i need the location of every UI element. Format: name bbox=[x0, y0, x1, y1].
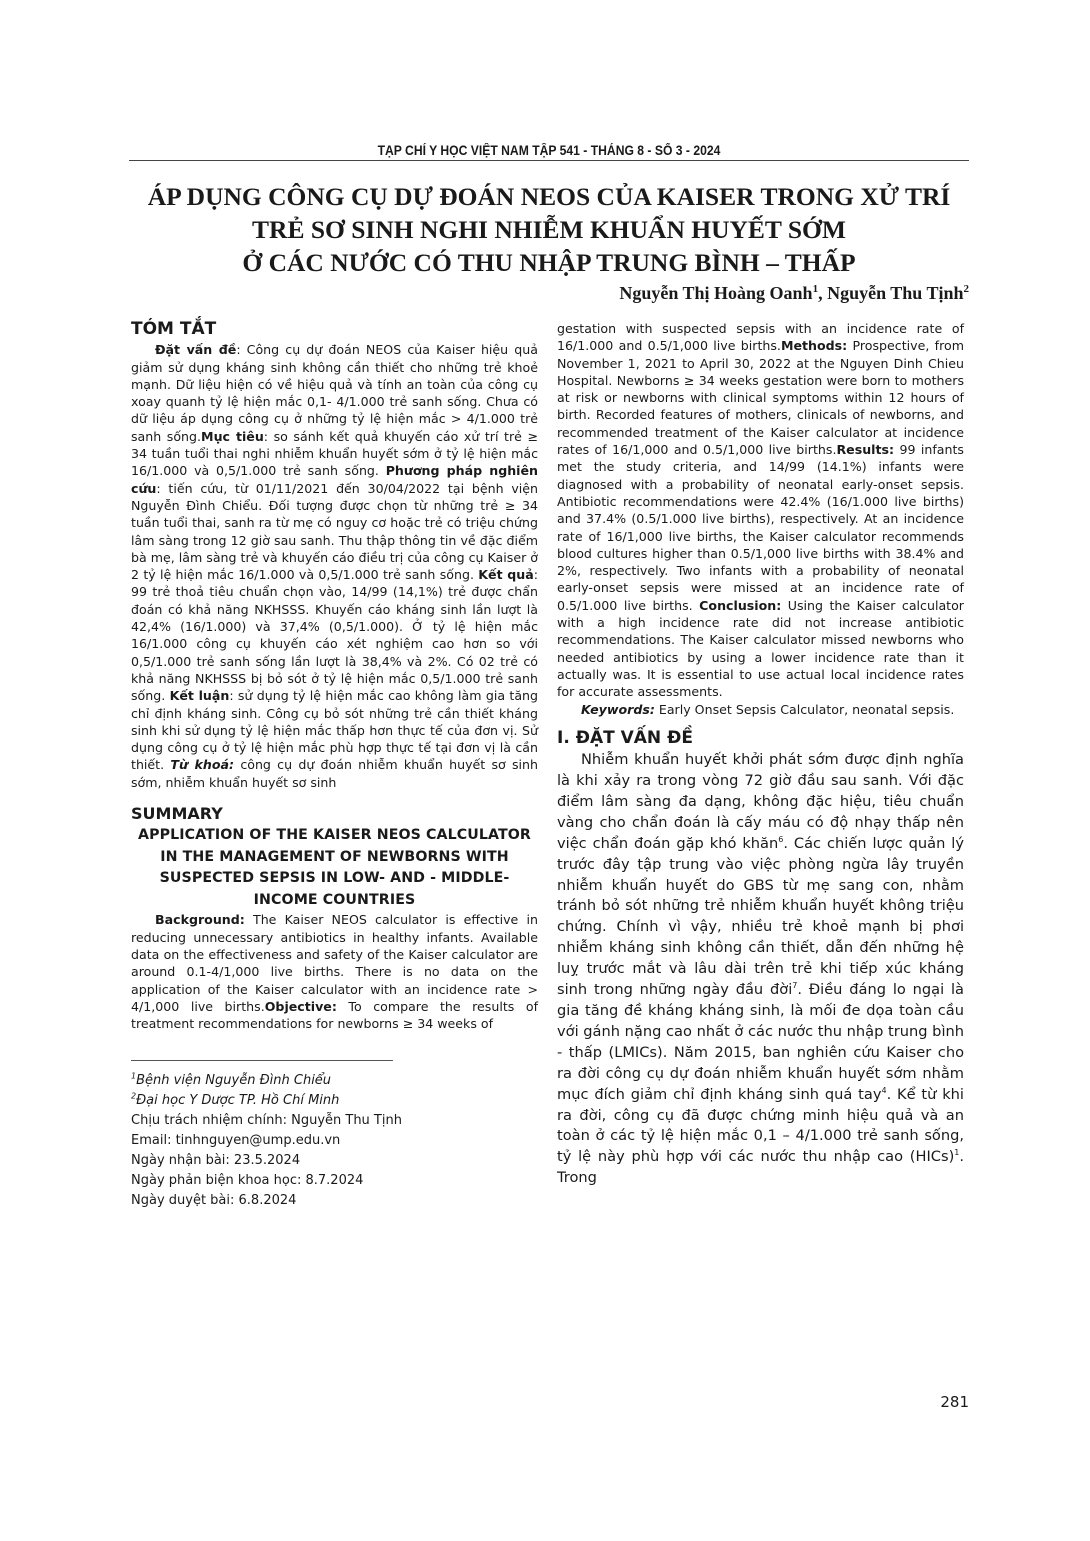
author-affiliation-mark: 2 bbox=[964, 283, 970, 295]
header-rule bbox=[129, 160, 969, 161]
affiliation-text: Bệnh viện Nguyễn Đình Chiểu bbox=[136, 1073, 331, 1088]
author-separator: , bbox=[818, 283, 827, 303]
running-head: TẠP CHÍ Y HỌC VIỆT NAM TẬP 541 - THÁNG 8… bbox=[171, 143, 927, 158]
text-methods-vi: : tiến cứu, từ 01/11/2021 đến 30/04/2022… bbox=[131, 481, 538, 582]
abstract-en-body-part1: Background: The Kaiser NEOS calculator i… bbox=[131, 911, 538, 1032]
footnote-affiliation-2: 2Đại học Y Dược TP. Hồ Chí Minh bbox=[131, 1091, 538, 1111]
right-column: gestation with suspected sepsis with an … bbox=[557, 320, 964, 1189]
body-text: . Điều đáng lo ngại là gia tăng đề kháng… bbox=[557, 981, 964, 1103]
footnote-rule bbox=[131, 1060, 393, 1061]
footnote-received: Ngày nhận bài: 23.5.2024 bbox=[131, 1151, 538, 1171]
text-keywords-en: Early Onset Sepsis Calculator, neonatal … bbox=[655, 702, 955, 717]
left-column: TÓM TẮT Đặt vấn đề: Công cụ dự đoán NEOS… bbox=[131, 318, 538, 1211]
author-list: Nguyễn Thị Hoàng Oanh1, Nguyễn Thu Tịnh2 bbox=[619, 283, 969, 304]
label-objective-en: Objective: bbox=[265, 999, 337, 1014]
label-objective-vi: Mục tiêu bbox=[201, 429, 264, 444]
label-background-en: Background: bbox=[155, 912, 245, 927]
footnote-email: Email: tinhnguyen@ump.edu.vn bbox=[131, 1131, 538, 1151]
title-line-2: TRẺ SƠ SINH NGHI NHIỄM KHUẨN HUYẾT SỚM bbox=[129, 213, 969, 246]
article-title: ÁP DỤNG CÔNG CỤ DỰ ĐOÁN NEOS CỦA KAISER … bbox=[129, 180, 969, 279]
label-background-vi: Đặt vấn đề bbox=[155, 342, 236, 357]
section-1-heading: I. ĐẶT VẤN ĐỀ bbox=[557, 730, 964, 747]
abstract-en-body-part2: gestation with suspected sepsis with an … bbox=[557, 320, 964, 701]
abstract-en-heading: SUMMARY bbox=[131, 805, 538, 822]
abstract-vi-heading: TÓM TẮT bbox=[131, 321, 538, 338]
author-name: Nguyễn Thị Hoàng Oanh bbox=[619, 283, 812, 303]
footnote-affiliation-1: 1Bệnh viện Nguyễn Đình Chiểu bbox=[131, 1071, 538, 1091]
abstract-vi-body: Đặt vấn đề: Công cụ dự đoán NEOS của Kai… bbox=[131, 341, 538, 791]
title-line-1: ÁP DỤNG CÔNG CỤ DỰ ĐOÁN NEOS CỦA KAISER … bbox=[129, 180, 969, 213]
label-conclusion-vi: Kết luận bbox=[170, 688, 230, 703]
affiliation-text: Đại học Y Dược TP. Hồ Chí Minh bbox=[136, 1093, 339, 1108]
label-results-en: Results: bbox=[836, 442, 894, 457]
footnote-accepted: Ngày duyệt bài: 6.8.2024 bbox=[131, 1191, 538, 1211]
section-1-paragraph: Nhiễm khuẩn huyết khởi phát sớm được địn… bbox=[557, 750, 964, 1189]
label-keywords-vi: Từ khoá: bbox=[170, 757, 234, 772]
label-results-vi: Kết quả bbox=[478, 567, 533, 582]
label-methods-en: Methods: bbox=[781, 338, 847, 353]
abstract-en-title: APPLICATION OF THE KAISER NEOS CALCULATO… bbox=[131, 825, 538, 911]
footnote-corresponding: Chịu trách nhiệm chính: Nguyễn Thu Tịnh bbox=[131, 1111, 538, 1131]
abstract-en-keywords: Keywords: Early Onset Sepsis Calculator,… bbox=[557, 701, 964, 718]
text-methods-en: Prospective, from November 1, 2021 to Ap… bbox=[557, 338, 964, 457]
title-line-3: Ở CÁC NƯỚC CÓ THU NHẬP TRUNG BÌNH – THẤP bbox=[129, 246, 969, 279]
author-name: Nguyễn Thu Tịnh bbox=[827, 283, 963, 303]
label-keywords-en: Keywords: bbox=[581, 702, 655, 717]
body-text: . Các chiến lược quản lý trước đây tập t… bbox=[557, 835, 964, 998]
footnote-reviewed: Ngày phản biện khoa học: 8.7.2024 bbox=[131, 1171, 538, 1191]
text-results-vi: : 99 trẻ thoả tiêu chuẩn chọn vào, 14/99… bbox=[131, 567, 538, 703]
text-results-en: 99 infants met the study criteria, and 1… bbox=[557, 442, 964, 613]
page-number: 281 bbox=[940, 1393, 969, 1411]
label-conclusion-en: Conclusion: bbox=[699, 598, 781, 613]
